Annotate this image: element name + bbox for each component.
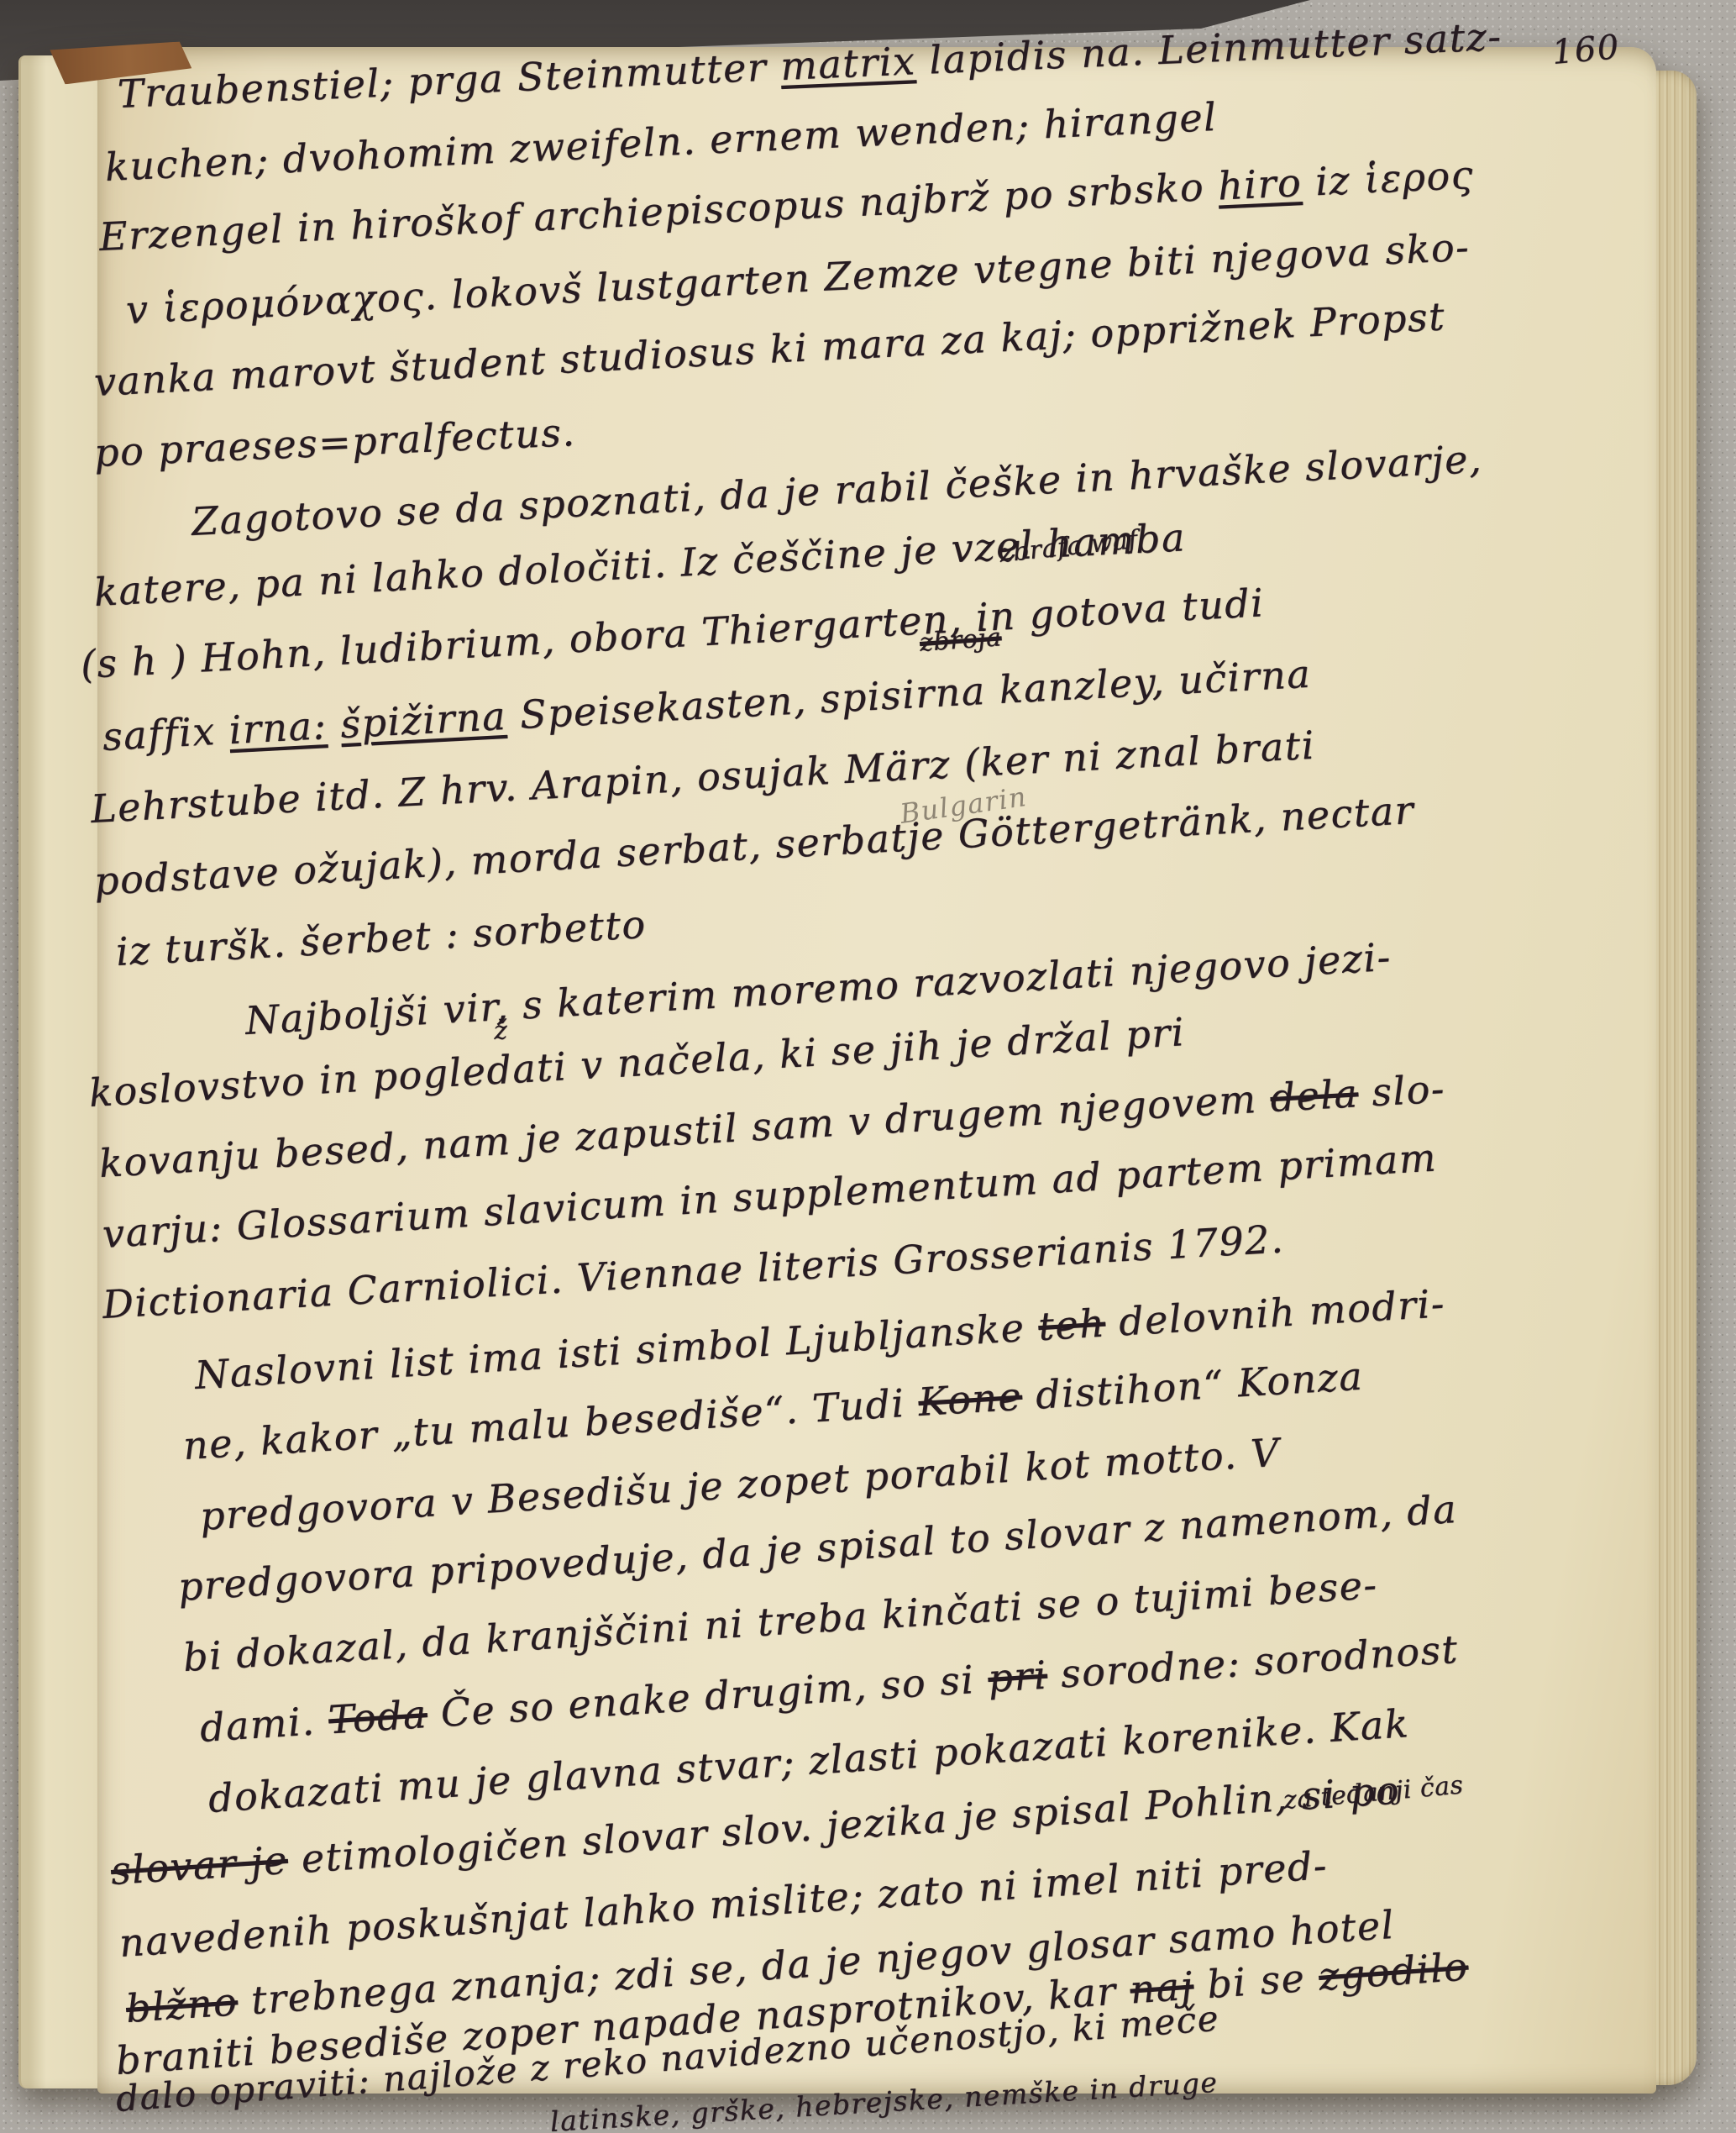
struck-word: Kone [917,1374,1024,1425]
text-segment: Traubenstiel; prga Steinmutter [117,44,781,117]
struck-word: zgodilo [1317,1943,1470,1999]
struck-word: teh [1037,1300,1107,1350]
text-segment: saffix [102,707,230,759]
page-number: 160 [1550,28,1622,72]
struck-word: Toda [327,1691,428,1742]
underlined-word: špižirna [339,693,507,747]
manuscript-photo: 160 Traubenstiel; prga Steinmutter matri… [0,0,1736,2133]
manuscript-line: po praeses=pralfectus. [93,409,577,475]
manuscript-line: iz turšk. šerbet : sorbetto [115,901,648,975]
text-segment: sorodne: sorodnost [1046,1626,1460,1698]
struck-word: blžno [124,1978,239,2031]
text-segment: ne, kakor „tu malu besediše“. Tudi [181,1379,920,1468]
text-segment: lapidis na. Leinmutter satz- [915,13,1503,83]
handwritten-text-layer: 160 Traubenstiel; prga Steinmutter matri… [0,0,1736,2133]
struck-word: dela [1269,1070,1360,1121]
struck-interlinear-note: zbroja [919,623,1003,658]
underlined-word: irna: [228,702,328,753]
underlined-word: hiro [1217,160,1303,208]
underlined-word: matrix [779,38,916,89]
text-segment: Speisekasten, spisirna kanzley, učirna [505,651,1312,738]
manuscript-line: Traubenstiel; prga Steinmutter matrix la… [117,13,1503,117]
text-segment: distihon“ Konza [1020,1353,1364,1419]
interlinear-note: ž [493,1016,508,1046]
text-segment: delovnih modri- [1104,1280,1446,1345]
text-segment: iz ἱερος [1301,152,1475,205]
struck-word: pri [987,1652,1049,1701]
text-segment: slo- [1357,1065,1447,1116]
text-segment: Če so enake drugim, so si [426,1656,989,1736]
struck-word: slovar je [109,1837,289,1894]
text-segment: dami. [198,1697,330,1751]
